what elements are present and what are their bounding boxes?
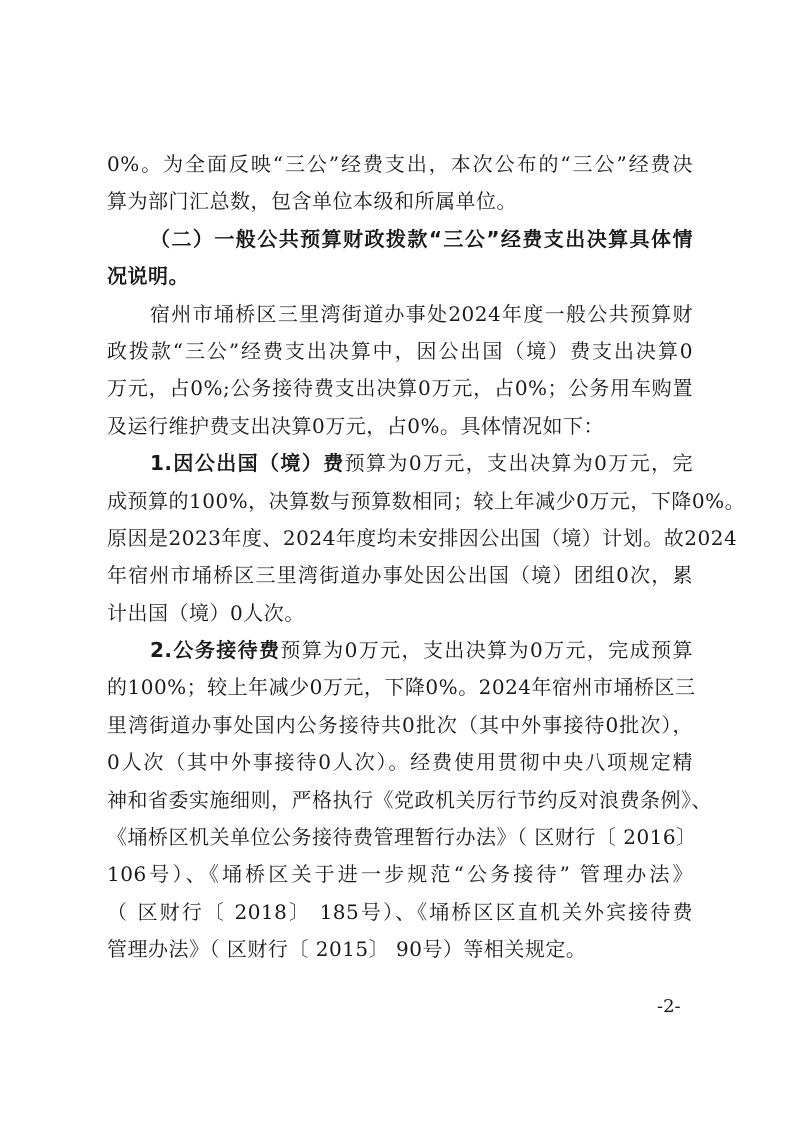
document-body: 0%。为全面反映“三公”经费支出，本次公布的“三公”经费决 算为部门汇总数，包含…	[107, 146, 693, 969]
paragraph-line: 万元，占0%;公务接待费支出决算0万元，占0%；公务用车购置	[107, 370, 693, 407]
paragraph-line: （ 区财行〔 2018〕 185号）、《埇桥区区直机关外宾接待费	[107, 894, 693, 931]
item-2-text: 预算为0万元，支出决算为0万元，完成预算	[280, 638, 693, 662]
paragraph-line: 《埇桥区机关单位公务接待费管理暂行办法》（ 区财行〔 2016〕	[107, 819, 693, 856]
paragraph-line: 0%。为全面反映“三公”经费支出，本次公布的“三公”经费决	[107, 146, 693, 183]
item-1-label: 1.因公出国（境）费	[150, 451, 345, 475]
item-1-first-line: 1.因公出国（境）费预算为0万元，支出决算为0万元，完	[107, 445, 693, 482]
paragraph-line: 及运行维护费支出决算0万元，占0%。具体情况如下：	[107, 408, 693, 445]
paragraph-line: 原因是2023年度、2024年度均未安排因公出国（境）计划。故2024	[107, 520, 693, 557]
section-heading: 况说明。	[107, 258, 693, 295]
paragraph-line: 计出国（境）0人次。	[107, 595, 693, 632]
document-page: 0%。为全面反映“三公”经费支出，本次公布的“三公”经费决 算为部门汇总数，包含…	[0, 0, 793, 1122]
page-number: -2-	[657, 996, 681, 1017]
item-2-label: 2.公务接待费	[150, 638, 280, 662]
paragraph-line: 年宿州市埇桥区三里湾街道办事处因公出国（境）团组0次，累	[107, 557, 693, 594]
paragraph-line: 管理办法》（ 区财行〔 2015〕 90号）等相关规定。	[107, 931, 693, 968]
item-2-first-line: 2.公务接待费预算为0万元，支出决算为0万元，完成预算	[107, 632, 693, 669]
paragraph-line: 0人次（其中外事接待0人次）。经费使用贯彻中央八项规定精	[107, 744, 693, 781]
paragraph-line: 106号）、《埇桥区关于进一步规范“公务接待” 管理办法》	[107, 856, 693, 893]
paragraph-line: 里湾街道办事处国内公务接待共0批次（其中外事接待0批次），	[107, 707, 693, 744]
paragraph-line: 的100%；较上年减少0万元，下降0%。2024年宿州市埇桥区三	[107, 669, 693, 706]
paragraph-line: 政拨款“三公”经费支出决算中，因公出国（境）费支出决算0	[107, 333, 693, 370]
paragraph-line: 成预算的100%，决算数与预算数相同；较上年减少0万元，下降0%。	[107, 483, 693, 520]
paragraph-line: 算为部门汇总数，包含单位本级和所属单位。	[107, 183, 693, 220]
item-1-text: 预算为0万元，支出决算为0万元，完	[345, 451, 693, 475]
paragraph-line: 宿州市埇桥区三里湾街道办事处2024年度一般公共预算财	[107, 296, 693, 333]
paragraph-line: 神和省委实施细则，严格执行《党政机关厉行节约反对浪费条例》、	[107, 782, 693, 819]
section-heading: （二）一般公共预算财政拨款“三公”经费支出决算具体情	[107, 221, 693, 258]
